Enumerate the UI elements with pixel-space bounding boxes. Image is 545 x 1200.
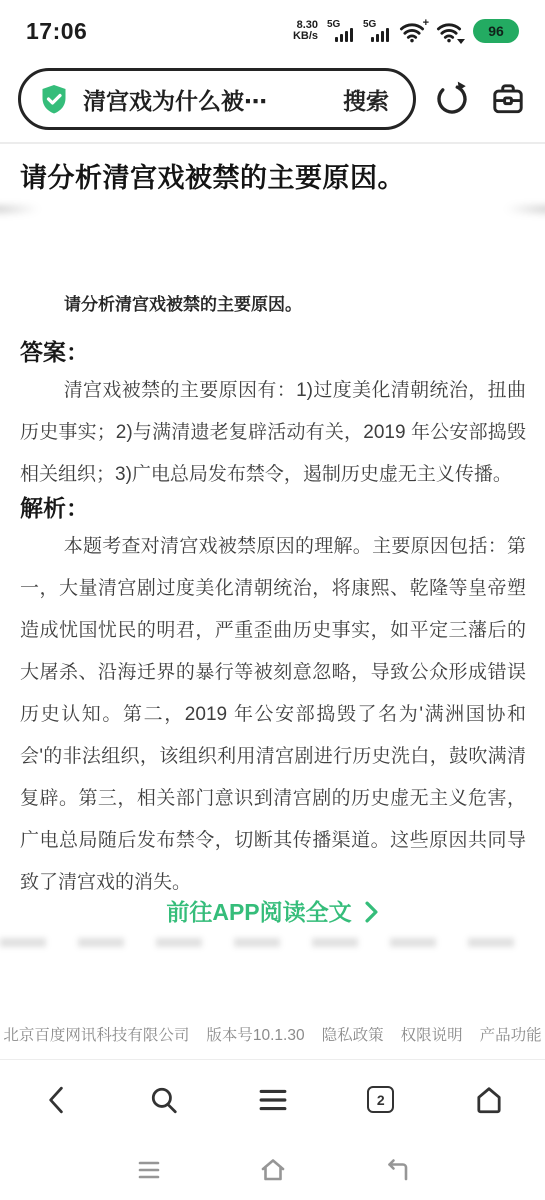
chevron-left-icon — [43, 1085, 69, 1115]
system-home-button[interactable] — [255, 1152, 291, 1188]
analysis-paragraph: 本题考查对清宫戏被禁原因的理解。主要原因包括：第一，大量清宫剧过度美化清朝统治，… — [20, 526, 526, 904]
system-home-icon — [259, 1157, 287, 1183]
back-button[interactable] — [34, 1078, 78, 1122]
legal-footer: 北京百度网讯科技有限公司 版本号10.1.30 隐私政策 权限说明 产品功能 — [0, 1023, 545, 1045]
home-button[interactable] — [467, 1078, 511, 1122]
search-nav-button[interactable] — [142, 1078, 186, 1122]
chevron-right-icon — [364, 901, 379, 923]
privacy-policy-link[interactable]: 隐私政策 — [322, 1023, 384, 1045]
product-features-link[interactable]: 产品功能 — [480, 1023, 542, 1045]
status-icons: 8.30 KB/s 5G 5G + — [293, 18, 519, 45]
version-label: 版本号10.1.30 — [206, 1023, 304, 1045]
network-speed-unit: KB/s — [293, 31, 318, 42]
header-divider — [0, 142, 545, 144]
toolbox-button[interactable] — [488, 79, 528, 119]
phone-screen: 17:06 8.30 KB/s 5G 5G + — [0, 0, 545, 1200]
answer-paragraph: 清宫戏被禁的主要原因有：1)过度美化清朝统治，扭曲历史事实；2)与满清遗老复辟活… — [20, 370, 526, 496]
open-in-app-label: 前往APP阅读全文 — [166, 894, 351, 927]
tabs-button[interactable]: 2 — [359, 1078, 403, 1122]
tab-count-badge: 2 — [367, 1086, 394, 1113]
search-submit-button[interactable]: 搜索 — [343, 83, 389, 116]
browser-nav-bar: 2 — [0, 1060, 545, 1139]
battery-indicator: 96 — [473, 19, 519, 43]
wifi-plus-icon: + — [399, 18, 427, 44]
permissions-link[interactable]: 权限说明 — [401, 1023, 463, 1045]
signal-sim1-icon: 5G — [327, 18, 354, 45]
answer-heading: 答案： — [20, 334, 89, 367]
page-curl-shadow — [0, 206, 545, 222]
system-back-button[interactable] — [379, 1152, 415, 1188]
search-icon — [149, 1085, 179, 1115]
menu-button[interactable] — [251, 1078, 295, 1122]
question-text: 请分析清宫戏被禁的主要原因。 — [64, 290, 525, 315]
card-torn-edge — [0, 938, 545, 947]
wifi-secondary-icon — [436, 18, 464, 44]
search-bar[interactable]: 清宫戏为什么被⋯ 搜索 — [18, 68, 416, 130]
return-arrow-icon — [383, 1158, 411, 1182]
wifi-plus-badge: + — [423, 17, 429, 29]
page-title: 请分析清宫戏被禁的主要原因。 — [20, 158, 529, 198]
system-nav-bar — [0, 1139, 545, 1200]
home-icon — [474, 1085, 504, 1115]
status-time: 17:06 — [26, 18, 87, 45]
status-bar: 17:06 8.30 KB/s 5G 5G + — [0, 0, 545, 56]
network-speed: 8.30 KB/s — [293, 20, 318, 42]
company-name: 北京百度网讯科技有限公司 — [3, 1023, 189, 1045]
hamburger-icon — [258, 1086, 288, 1114]
open-in-app-link[interactable]: 前往APP阅读全文 — [0, 894, 545, 927]
refresh-button[interactable] — [432, 79, 472, 119]
recents-button[interactable] — [131, 1152, 167, 1188]
recents-menu-icon — [136, 1158, 162, 1182]
analysis-heading: 解析： — [20, 490, 89, 523]
search-header: 清宫戏为什么被⋯ 搜索 — [0, 56, 545, 142]
security-shield-icon — [37, 82, 71, 116]
search-query-text[interactable]: 清宫戏为什么被⋯ — [83, 83, 331, 116]
signal-sim2-icon: 5G — [363, 18, 390, 45]
